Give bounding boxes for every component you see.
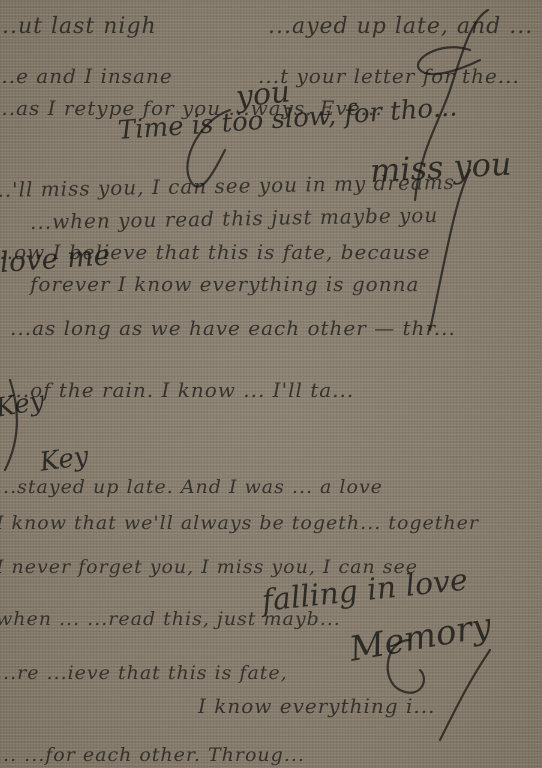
linen-script-texture: ...ut last nigh ...ayed up late, and ...… (0, 0, 542, 768)
flourish-decoration (0, 0, 542, 768)
